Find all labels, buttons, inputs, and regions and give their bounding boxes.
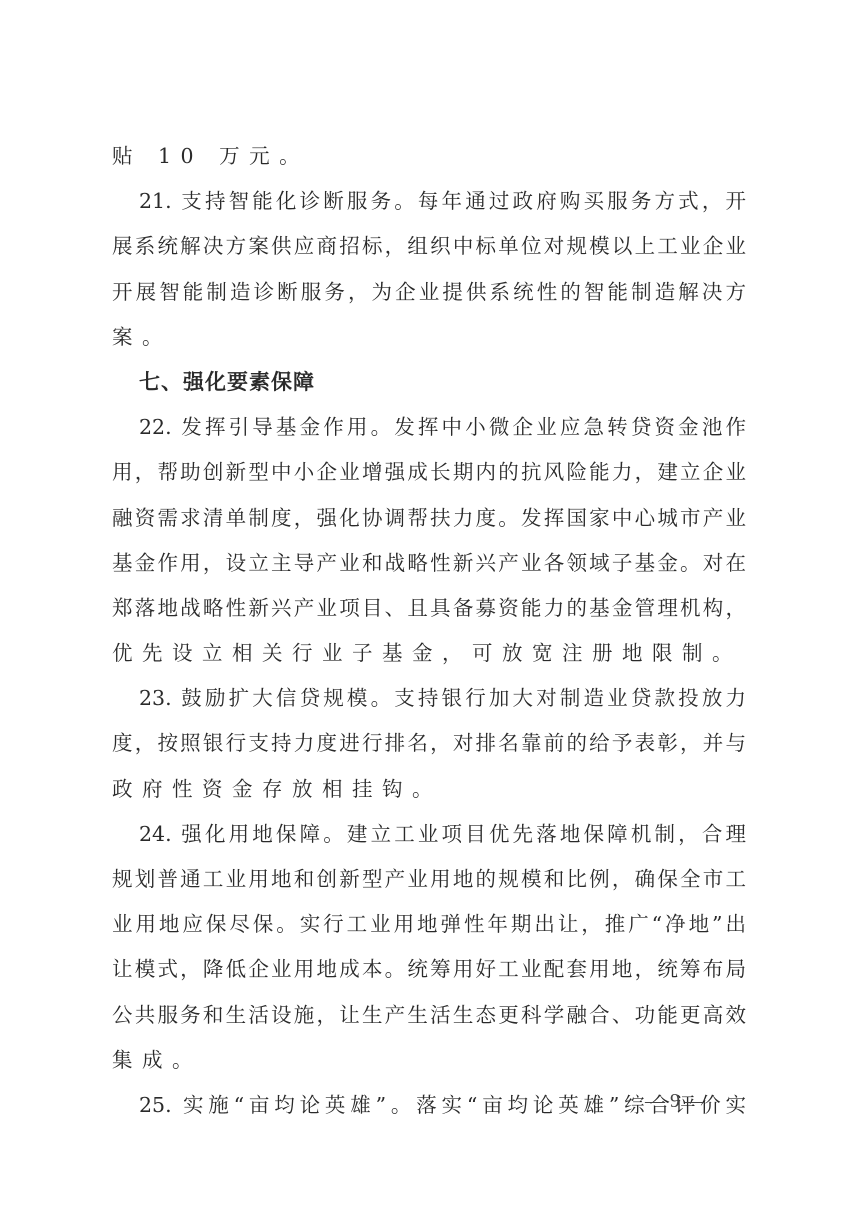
text-line: 展系统解决方案供应商招标，组织中标单位对规模以上工业企业 [112, 224, 746, 269]
page-number: — 9 — [645, 1090, 705, 1113]
text-line: 度，按照银行支持力度进行排名，对排名靠前的给予表彰，并与 [112, 721, 746, 766]
text-line: 集成。 [112, 1038, 746, 1083]
paragraph-24-start: 24. 强化用地保障。建立工业项目优先落地保障机制，合理 [112, 812, 746, 857]
paragraph-21-start: 21. 支持智能化诊断服务。每年通过政府购买服务方式，开 [112, 179, 746, 224]
document-page: 贴 10 万元。 21. 支持智能化诊断服务。每年通过政府购买服务方式，开 展系… [112, 134, 746, 1128]
section-heading: 七、强化要素保障 [112, 360, 746, 405]
text-line: 优先设立相关行业子基金，可放宽注册地限制。 [112, 631, 746, 676]
text-line: 公共服务和生活设施，让生产生活生态更科学融合、功能更高效 [112, 993, 746, 1038]
text-line: 基金作用，设立主导产业和战略性新兴产业各领域子基金。对在 [112, 541, 746, 586]
text-line: 开展智能制造诊断服务，为企业提供系统性的智能制造解决方 [112, 270, 746, 315]
text-line: 规划普通工业用地和创新型产业用地的规模和比例，确保全市工 [112, 857, 746, 902]
paragraph-23-start: 23. 鼓励扩大信贷规模。支持银行加大对制造业贷款投放力 [112, 676, 746, 721]
text-line: 用，帮助创新型中小企业增强成长期内的抗风险能力，建立企业 [112, 450, 746, 495]
text-line: 融资需求清单制度，强化协调帮扶力度。发挥国家中心城市产业 [112, 496, 746, 541]
text-line: 让模式，降低企业用地成本。统筹用好工业配套用地，统筹布局 [112, 947, 746, 992]
text-line: 业用地应保尽保。实行工业用地弹性年期出让，推广“净地”出 [112, 902, 746, 947]
text-line: 案。 [112, 315, 746, 360]
paragraph-22-start: 22. 发挥引导基金作用。发挥中小微企业应急转贷资金池作 [112, 405, 746, 450]
text-line: 政府性资金存放相挂钩。 [112, 767, 746, 812]
text-line: 贴 10 万元。 [112, 134, 746, 179]
text-line: 郑落地战略性新兴产业项目、且具备募资能力的基金管理机构， [112, 586, 746, 631]
